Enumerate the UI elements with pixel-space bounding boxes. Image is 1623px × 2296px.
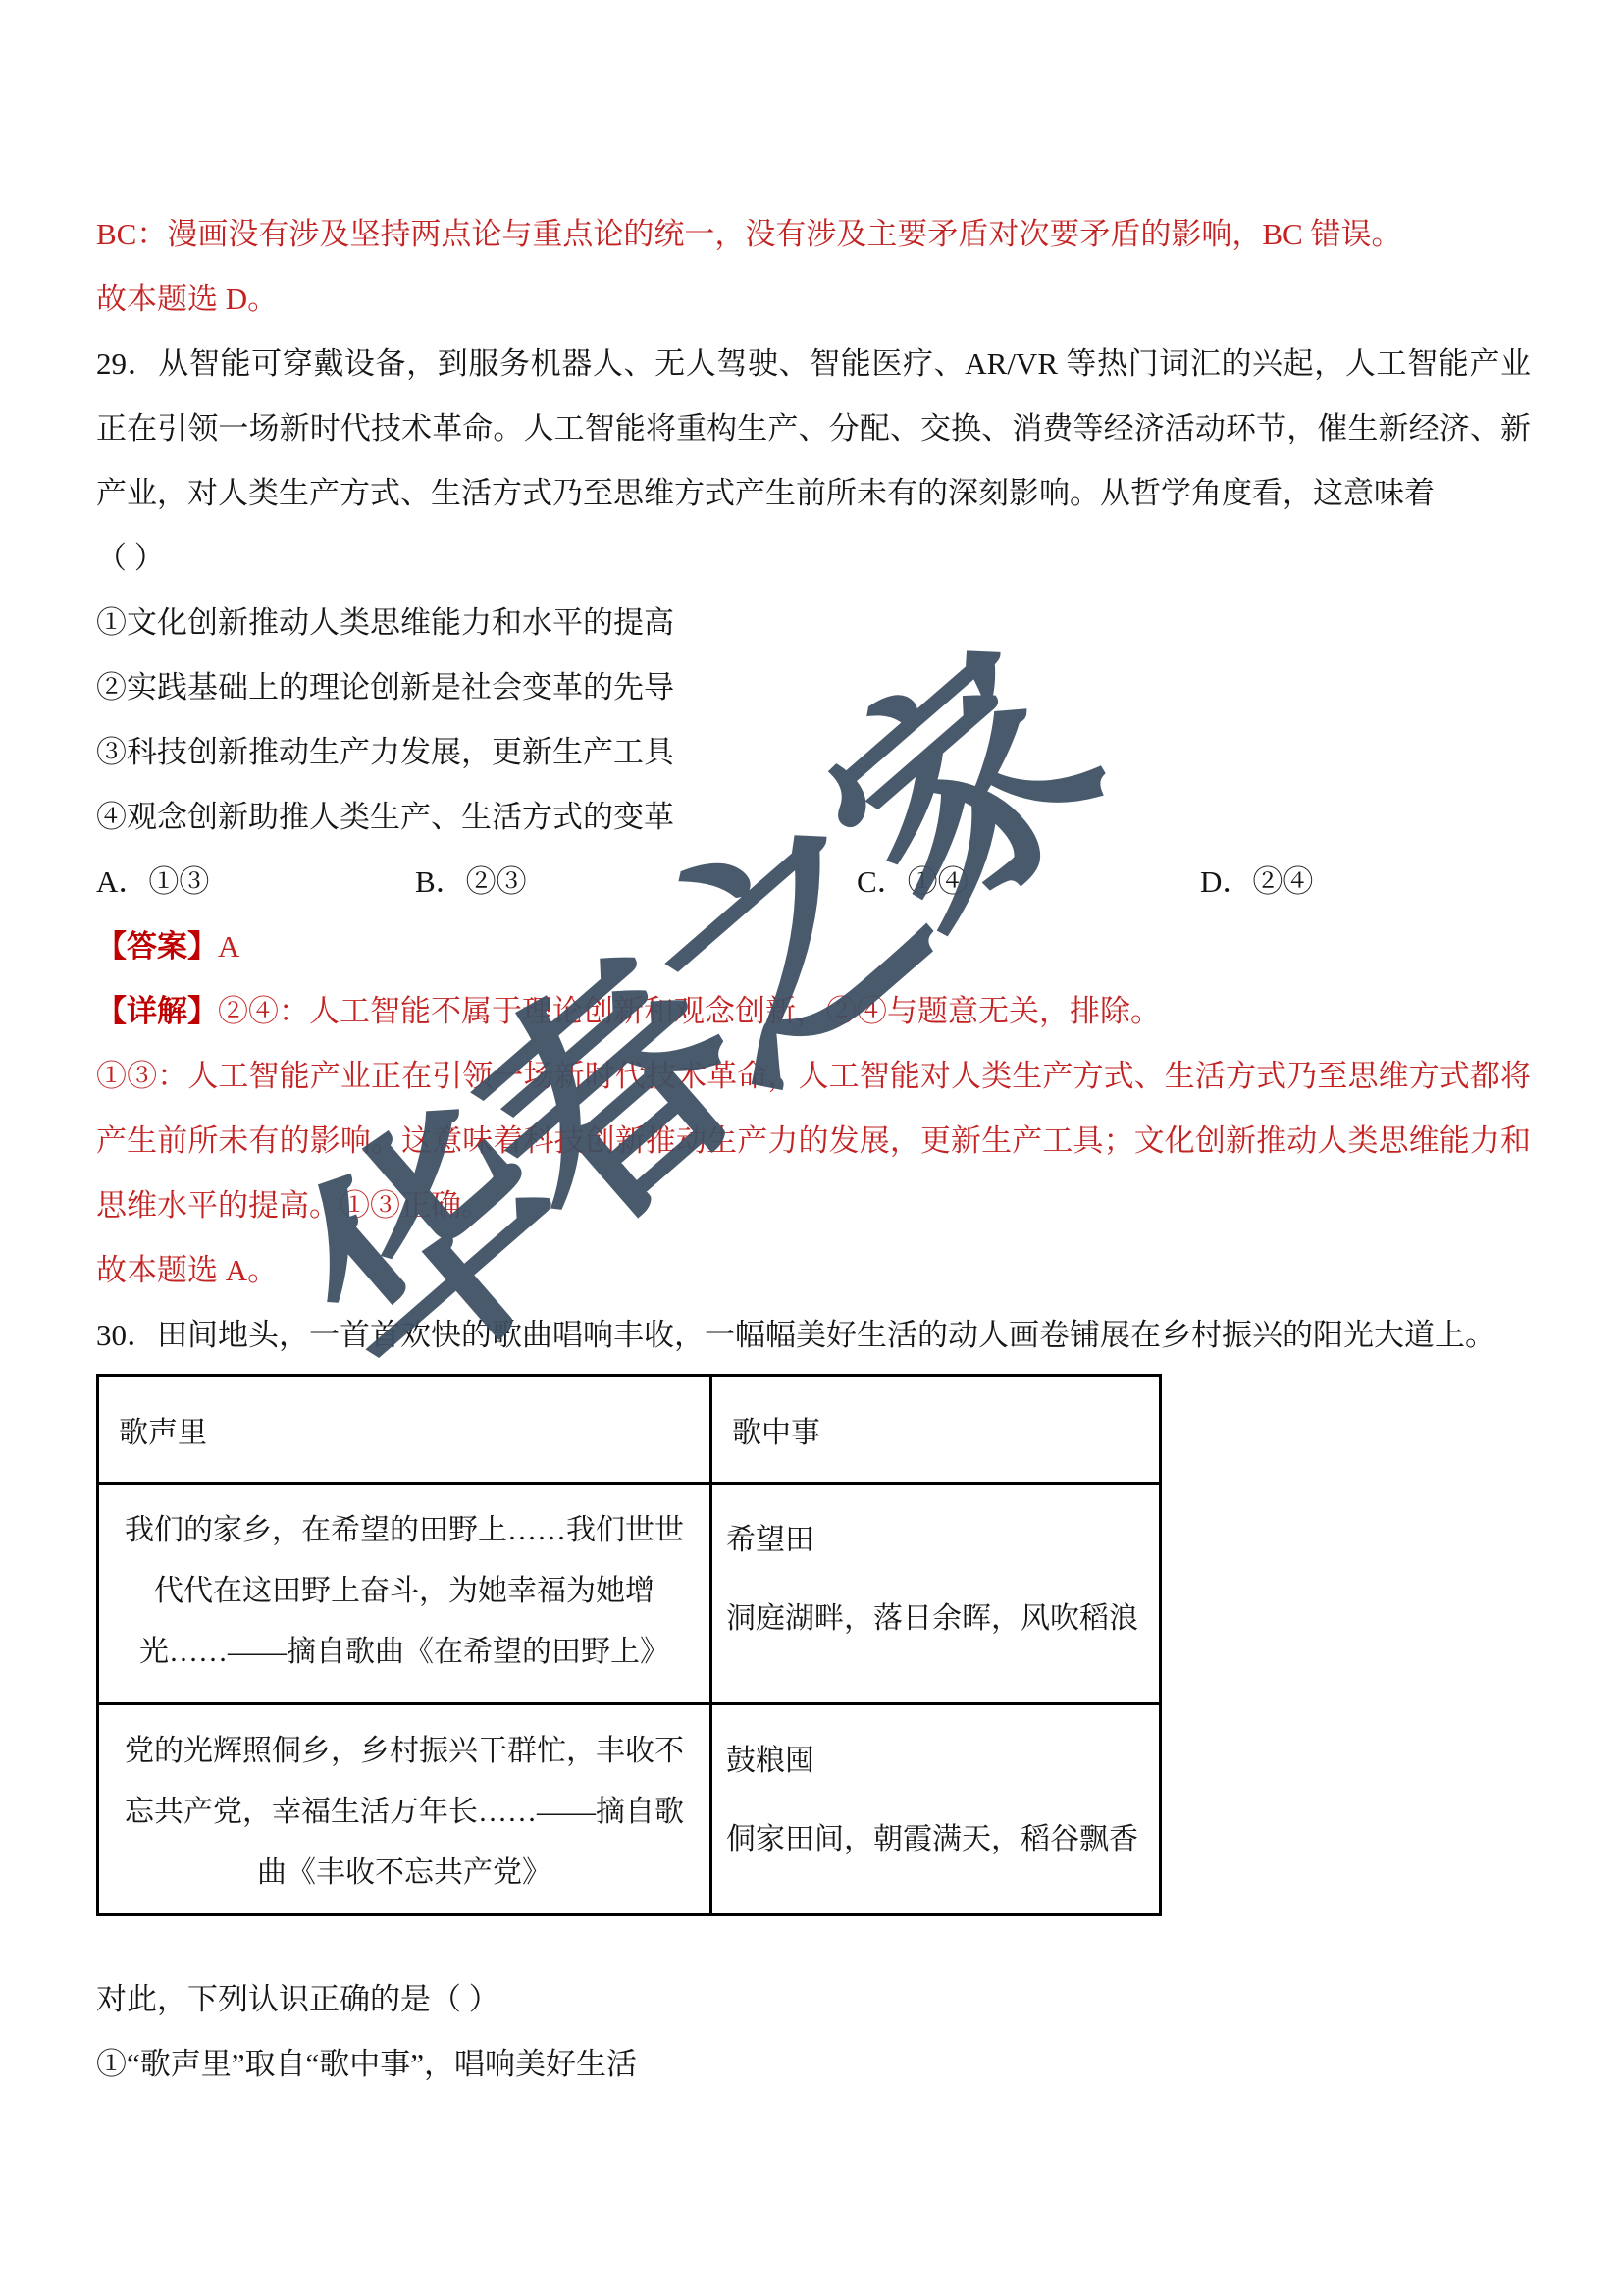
question-29-paren: （ ） xyxy=(96,526,1531,591)
row2-info-scene: 侗家田间，朝霞满天，稻谷飘香 xyxy=(726,1809,1145,1870)
choice-b: B．②③ xyxy=(415,850,857,914)
choice-d: D．②④ xyxy=(1200,850,1531,914)
table-header-row: 歌声里 歌中事 xyxy=(98,1376,1161,1484)
document-page: BC：漫画没有涉及坚持两点论与重点论的统一，没有涉及主要矛盾对次要矛盾的影响，B… xyxy=(0,0,1623,2296)
row2-info-cell: 鼓粮囤 侗家田间，朝霞满天，稻谷飘香 xyxy=(711,1704,1161,1915)
row1-info-cell: 希望田 洞庭湖畔，落日余晖，风吹稻浪 xyxy=(711,1484,1161,1704)
choice-c: C．①④ xyxy=(857,850,1200,914)
answer-label: 【答案】 xyxy=(96,929,218,964)
songs-table: 歌声里 歌中事 我们的家乡，在希望的田野上……我们世世代代在这田野上奋斗，为她幸… xyxy=(96,1374,1162,1916)
header-song-subject: 歌中事 xyxy=(711,1376,1161,1484)
detail-text-2: ①③：人工智能产业正在引领一场新时代技术革命，人工智能对人类生产方式、生活方式乃… xyxy=(96,1044,1531,1238)
answer-value: A xyxy=(218,929,239,964)
question-29-item-1: ①文化创新推动人类思维能力和水平的提高 xyxy=(96,591,1531,655)
row2-lyric-cell: 党的光辉照侗乡，乡村振兴干群忙，丰收不忘共产党，幸福生活万年长……——摘自歌曲《… xyxy=(98,1704,711,1915)
question-29-item-3: ③科技创新推动生产力发展，更新生产工具 xyxy=(96,720,1531,785)
row1-lyric-cell: 我们的家乡，在希望的田野上……我们世世代代在这田野上奋斗，为她幸福为她增光……—… xyxy=(98,1484,711,1704)
conclusion-a-line: 故本题选 A。 xyxy=(96,1238,1531,1303)
explanation-bc-line: BC：漫画没有涉及坚持两点论与重点论的统一，没有涉及主要矛盾对次要矛盾的影响，B… xyxy=(96,202,1531,267)
table-row: 党的光辉照侗乡，乡村振兴干群忙，丰收不忘共产党，幸福生活万年长……——摘自歌曲《… xyxy=(98,1704,1161,1915)
table-row: 我们的家乡，在希望的田野上……我们世世代代在这田野上奋斗，为她幸福为她增光……—… xyxy=(98,1484,1161,1704)
conclusion-d-line: 故本题选 D。 xyxy=(96,267,1531,332)
row1-info-title: 希望田 xyxy=(726,1510,1145,1571)
detail-label: 【详解】 xyxy=(96,994,218,1028)
answer-line: 【答案】A xyxy=(96,914,1531,979)
question-30-prompt: 对此，下列认识正确的是（ ） xyxy=(96,1967,1531,2032)
row2-info-title: 鼓粮囤 xyxy=(726,1731,1145,1792)
question-30-stem: 30．田间地头，一首首欢快的歌曲唱响丰收，一幅幅美好生活的动人画卷铺展在乡村振兴… xyxy=(96,1303,1531,1368)
detail-text-1: ②④：人工智能不属于理论创新和观念创新，②④与题意无关，排除。 xyxy=(218,994,1161,1028)
document-body: BC：漫画没有涉及坚持两点论与重点论的统一，没有涉及主要矛盾对次要矛盾的影响，B… xyxy=(96,202,1531,2097)
question-29-item-2: ②实践基础上的理论创新是社会变革的先导 xyxy=(96,655,1531,720)
row1-info-scene: 洞庭湖畔，落日余晖，风吹稻浪 xyxy=(726,1589,1145,1649)
question-30-option-1: ①“歌声里”取自“歌中事”，唱响美好生活 xyxy=(96,2032,1531,2097)
question-29-choices: A．①③ B．②③ C．①④ D．②④ xyxy=(96,850,1531,914)
question-29-stem: 29．从智能可穿戴设备，到服务机器人、无人驾驶、智能医疗、AR/VR 等热门词汇… xyxy=(96,332,1531,526)
detail-line-1: 【详解】②④：人工智能不属于理论创新和观念创新，②④与题意无关，排除。 xyxy=(96,979,1531,1044)
header-song-lyrics: 歌声里 xyxy=(98,1376,711,1484)
choice-a: A．①③ xyxy=(96,850,415,914)
question-29-item-4: ④观念创新助推人类生产、生活方式的变革 xyxy=(96,785,1531,850)
